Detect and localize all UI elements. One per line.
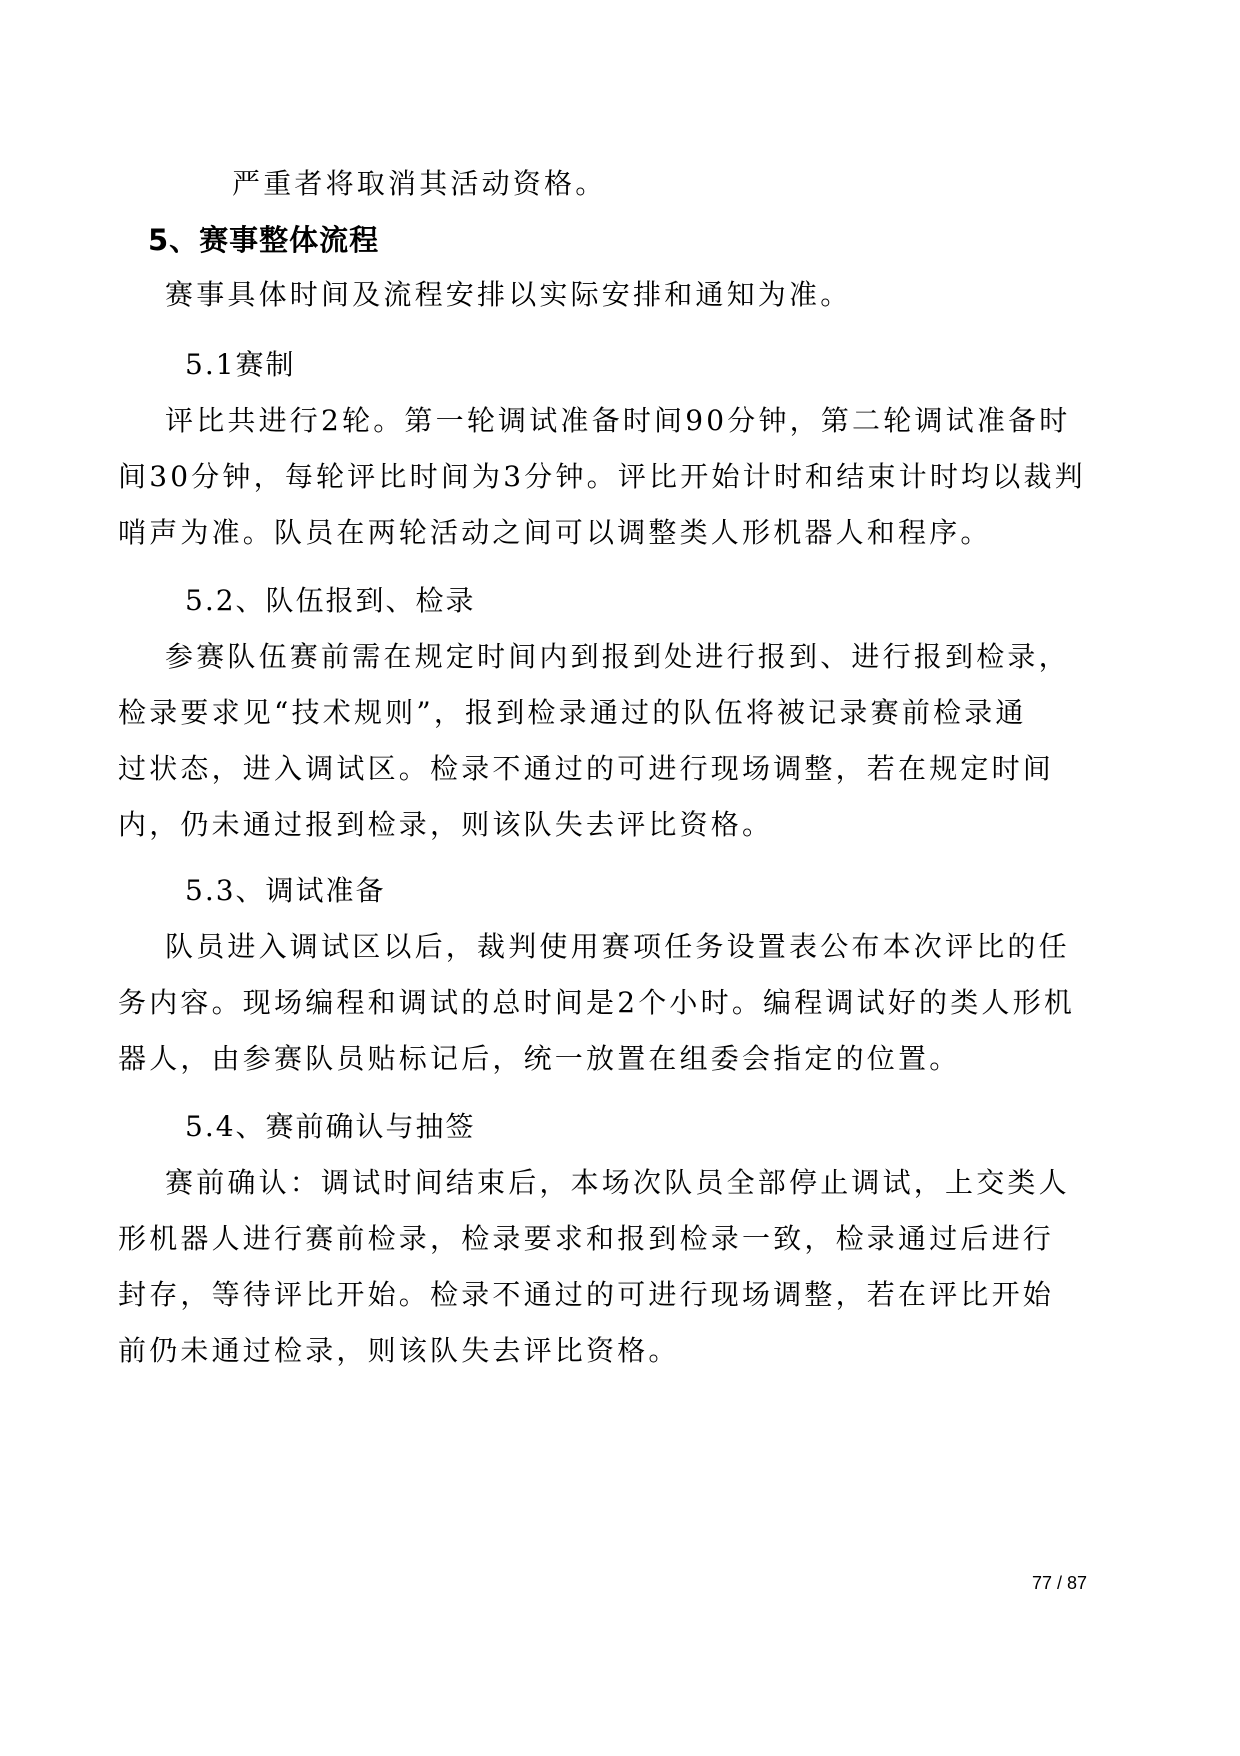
continuation-text: 严重者将取消其活动资格。 bbox=[232, 167, 606, 201]
paragraph-line: 封存，等待评比开始。检录不通过的可进行现场调整，若在评比开始 bbox=[118, 1278, 1054, 1312]
paragraph-line: 队员进入调试区以后，裁判使用赛项任务设置表公布本次评比的任 bbox=[165, 930, 1070, 964]
paragraph-line: 间30分钟，每轮评比时间为3分钟。评比开始计时和结束计时均以裁判 bbox=[118, 460, 1086, 494]
paragraph-line: 形机器人进行赛前检录，检录要求和报到检录一致，检录通过后进行 bbox=[118, 1222, 1054, 1256]
paragraph-line: 前仍未通过检录，则该队失去评比资格。 bbox=[118, 1334, 680, 1368]
paragraph-line: 赛前确认：调试时间结束后，本场次队员全部停止调试，上交类人 bbox=[165, 1166, 1070, 1200]
subsection-title-5-1: 5.1赛制 bbox=[185, 348, 296, 382]
section-heading: 5、赛事整体流程 bbox=[148, 222, 379, 258]
paragraph-line: 务内容。现场编程和调试的总时间是2个小时。编程调试好的类人形机 bbox=[118, 986, 1075, 1020]
page-number: 77 / 87 bbox=[1032, 1572, 1087, 1594]
subsection-title-5-3: 5.3、调试准备 bbox=[185, 874, 386, 908]
paragraph-line: 参赛队伍赛前需在规定时间内到报到处进行报到、进行报到检录， bbox=[165, 640, 1070, 674]
subsection-title-5-4: 5.4、赛前确认与抽签 bbox=[185, 1110, 476, 1144]
section-intro: 赛事具体时间及流程安排以实际安排和通知为准。 bbox=[165, 278, 851, 312]
subsection-title-5-2: 5.2、队伍报到、检录 bbox=[185, 584, 476, 618]
paragraph-line: 内，仍未通过报到检录，则该队失去评比资格。 bbox=[118, 808, 773, 842]
paragraph-line: 器人，由参赛队员贴标记后，统一放置在组委会指定的位置。 bbox=[118, 1042, 960, 1076]
paragraph-line: 哨声为准。队员在两轮活动之间可以调整类人形机器人和程序。 bbox=[118, 516, 992, 550]
paragraph-line: 评比共进行2轮。第一轮调试准备时间90分钟，第二轮调试准备时 bbox=[165, 404, 1070, 438]
paragraph-line: 过状态，进入调试区。检录不通过的可进行现场调整，若在规定时间 bbox=[118, 752, 1054, 786]
paragraph-line: 检录要求见“技术规则”，报到检录通过的队伍将被记录赛前检录通 bbox=[118, 696, 1027, 730]
